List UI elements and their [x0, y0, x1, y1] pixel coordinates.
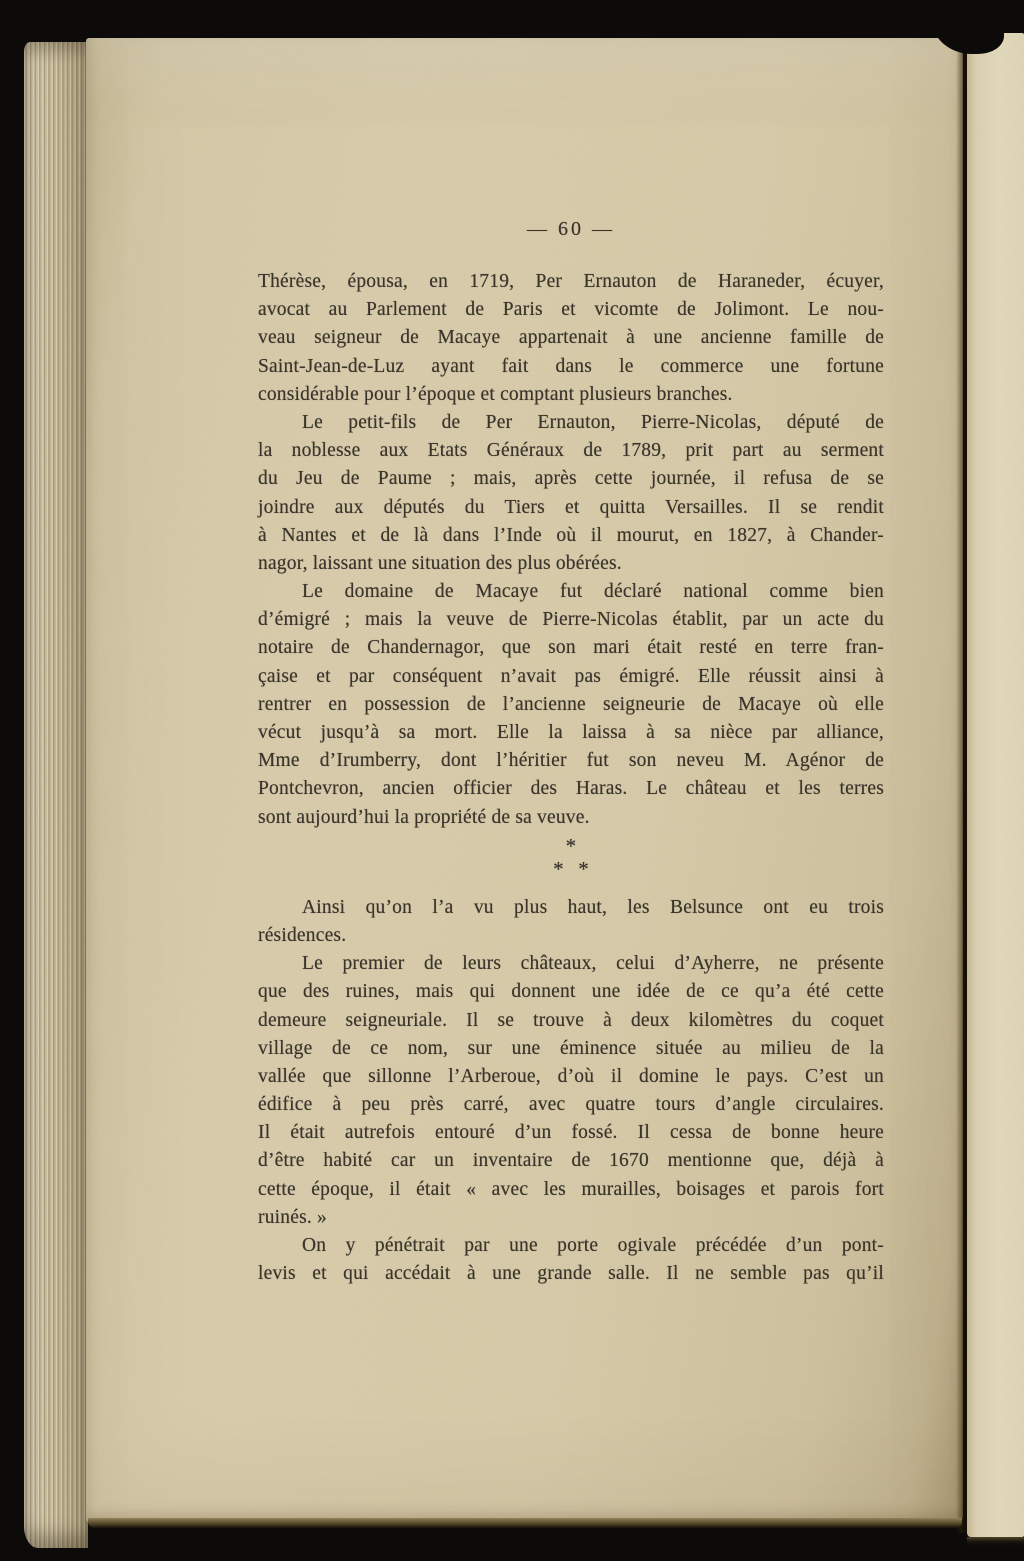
text-line: Mme d’Irumberry, dont l’héritier fut son… [258, 747, 884, 775]
book-spread: — 60 — Thérèse, épousa, en 1719, Per Ern… [0, 0, 1024, 1561]
text-line: à Nantes et de là dans l’Inde où il mour… [258, 522, 884, 550]
paragraph: Thérèse, épousa, en 1719, Per Ernauton d… [258, 268, 884, 409]
text-line: que des ruines, mais qui donnent une idé… [258, 978, 884, 1006]
text-line: Le petit-fils de Per Ernauton, Pierre-Ni… [258, 409, 884, 437]
text-line: nagor, laissant une situation des plus o… [258, 550, 884, 578]
text-line: notaire de Chandernagor, que son mari ét… [258, 634, 884, 662]
asterism-bottom: * * [258, 858, 884, 880]
text-line: vallée que sillonne l’Arberoue, d’où il … [258, 1063, 884, 1091]
text-line: joindre aux députés du Tiers et quitta V… [258, 494, 884, 522]
text-line: Saint-Jean-de-Luz ayant fait dans le com… [258, 353, 884, 381]
text-line: vécut jusqu’à sa mort. Elle la laissa à … [258, 719, 884, 747]
page-number: — 60 — [258, 216, 884, 242]
text-line: çaise et par conséquent n’avait pas émig… [258, 663, 884, 691]
text-line: avocat au Parlement de Paris et vicomte … [258, 296, 884, 324]
paragraph: Le domaine de Macaye fut déclaré nationa… [258, 578, 884, 832]
text-line: édifice à peu près carré, avec quatre to… [258, 1091, 884, 1119]
next-page-edge [967, 33, 1024, 1537]
book-page: — 60 — Thérèse, épousa, en 1719, Per Ern… [86, 38, 963, 1522]
text-line: On y pénétrait par une porte ogivale pré… [258, 1232, 884, 1260]
text-line: Pontchevron, ancien officier des Haras. … [258, 775, 884, 803]
text-line: du Jeu de Paume ; mais, après cette jour… [258, 465, 884, 493]
text-line: la noblesse aux Etats Généraux de 1789, … [258, 437, 884, 465]
paragraph: Le premier de leurs châteaux, celui d’Ay… [258, 950, 884, 1232]
text-line: Le domaine de Macaye fut déclaré nationa… [258, 578, 884, 606]
paragraph: Le petit-fils de Per Ernauton, Pierre-Ni… [258, 409, 884, 578]
text-line: rentrer en possession de l’ancienne seig… [258, 691, 884, 719]
page-content: — 60 — Thérèse, épousa, en 1719, Per Ern… [258, 216, 884, 1288]
text-line: sont aujourd’hui la propriété de sa veuv… [258, 804, 884, 832]
paragraph: On y pénétrait par une porte ogivale pré… [258, 1232, 884, 1288]
text-line: Thérèse, épousa, en 1719, Per Ernauton d… [258, 268, 884, 296]
asterism-separator: ** * [258, 832, 884, 894]
text-line: considérable pour l’époque et comptant p… [258, 381, 884, 409]
text-line: demeure seigneuriale. Il se trouve à deu… [258, 1007, 884, 1035]
text-line: d’émigré ; mais la veuve de Pierre-Nicol… [258, 606, 884, 634]
text-line: cette époque, il était « avec les murail… [258, 1176, 884, 1204]
text-line: village de ce nom, sur une éminence situ… [258, 1035, 884, 1063]
asterism-top: * [258, 834, 884, 858]
page-stack-edge [24, 42, 88, 1548]
page-bottom-edge [88, 1518, 962, 1528]
text-line: Il était autrefois entouré d’un fossé. I… [258, 1119, 884, 1147]
text-line: Le premier de leurs châteaux, celui d’Ay… [258, 950, 884, 978]
text-line: résidences. [258, 922, 884, 950]
text-line: veau seigneur de Macaye appartenait à un… [258, 324, 884, 352]
text-line: ruinés. » [258, 1204, 884, 1232]
text-line: levis et qui accédait à une grande salle… [258, 1260, 884, 1288]
body-text: Thérèse, épousa, en 1719, Per Ernauton d… [258, 268, 884, 1288]
text-line: d’être habité car un inventaire de 1670 … [258, 1147, 884, 1175]
text-line: Ainsi qu’on l’a vu plus haut, les Belsun… [258, 894, 884, 922]
paragraph: Ainsi qu’on l’a vu plus haut, les Belsun… [258, 894, 884, 950]
